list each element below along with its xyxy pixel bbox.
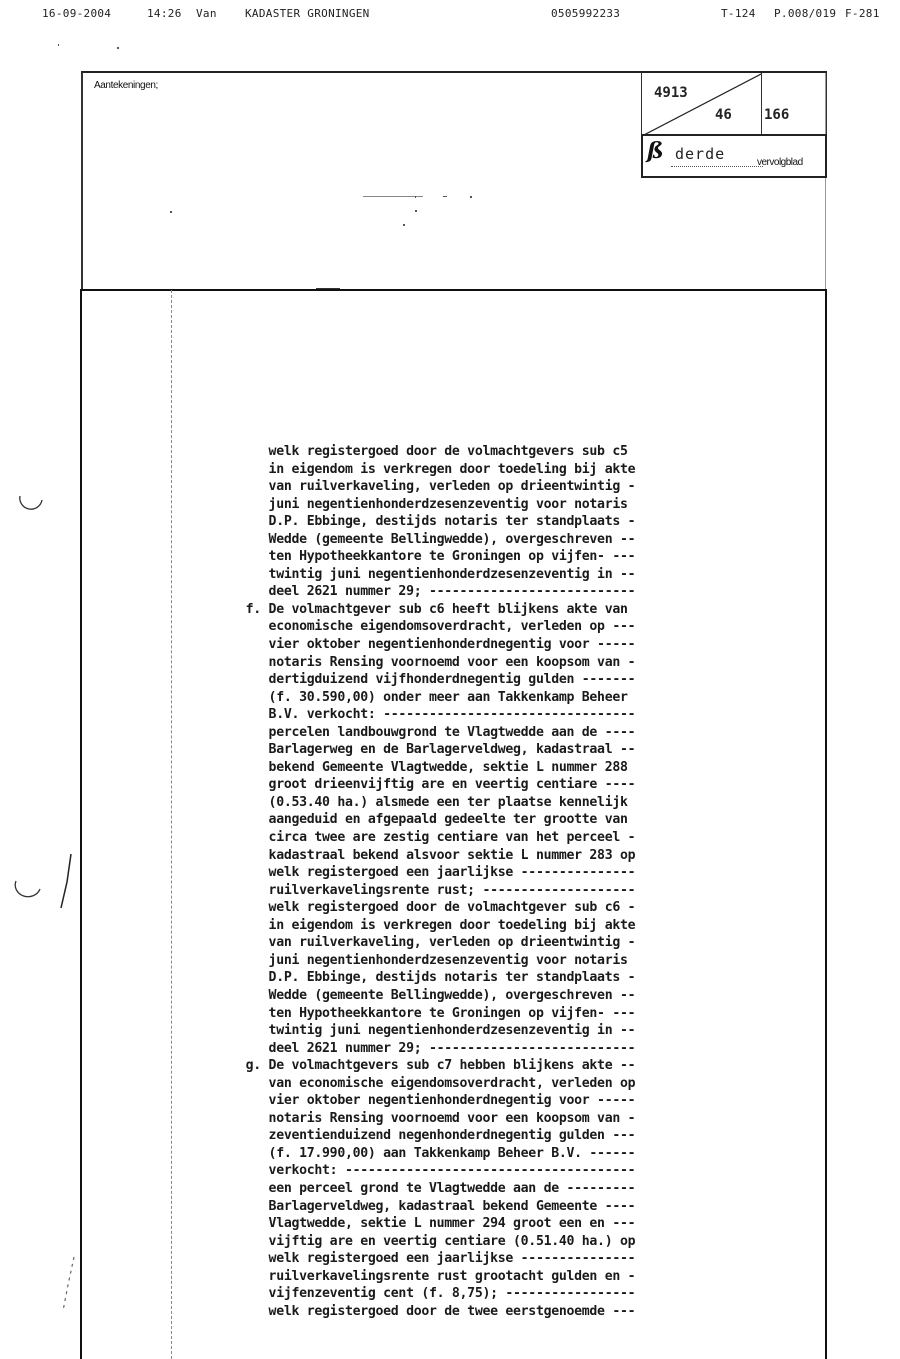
scan-speck	[58, 44, 59, 46]
form-body-top-border	[80, 289, 826, 291]
fax-time: 14:26	[147, 7, 182, 20]
deed-line: zeventienduizend negenhonderdnegentig gu…	[238, 1127, 798, 1145]
deed-line: percelen landbouwgrond te Vlagtwedde aan…	[238, 724, 798, 742]
deed-body-text: welk registergoed door de volmachtgevers…	[238, 443, 798, 1320]
deed-line: twintig juni negentienhonderdzesenzevent…	[238, 1022, 798, 1040]
deed-line: dertigduizend vijfhonderdnegentig gulden…	[238, 671, 798, 689]
deed-line: een perceel grond te Vlagtwedde aan de -…	[238, 1180, 798, 1198]
deed-line: in eigendom is verkregen door toedeling …	[238, 461, 798, 479]
vervolgblad-ordinal: derde	[675, 145, 725, 163]
fax-date: 16-09-2004	[42, 7, 111, 20]
deed-line: Vlagtwedde, sektie L nummer 294 groot ee…	[238, 1215, 798, 1233]
diagonal-divider	[642, 73, 762, 135]
deed-line: g. De volmachtgevers sub c7 hebben blijk…	[238, 1057, 798, 1075]
deed-line: D.P. Ebbinge, destijds notaris ter stand…	[238, 513, 798, 531]
deed-line: vier oktober negentienhonderdnegentig vo…	[238, 636, 798, 654]
deed-line: f. De volmachtgever sub c6 heeft blijken…	[238, 601, 798, 619]
deed-line: juni negentienhonderdzesenzeventig voor …	[238, 952, 798, 970]
deed-line: juni negentienhonderdzesenzeventig voor …	[238, 496, 798, 514]
annotations-label: Aantekeningen;	[94, 80, 158, 91]
deed-line: aangeduid en afgepaald gedeelte ter groo…	[238, 811, 798, 829]
deed-line: vijfenzeventig cent (f. 8,75); ---------…	[238, 1285, 798, 1303]
deed-line: notaris Rensing voornoemd voor een koops…	[238, 654, 798, 672]
handwritten-initials: ß	[647, 138, 664, 164]
deed-line: welk registergoed door de volmachtgevers…	[238, 443, 798, 461]
registration-deel: 4913	[654, 85, 688, 101]
deed-line: ruilverkavelingsrente rust; ------------…	[238, 882, 798, 900]
deed-line: Barlagerweg en de Barlagerveldweg, kadas…	[238, 741, 798, 759]
deed-line: welk registergoed door de twee eerstgeno…	[238, 1303, 798, 1321]
margin-guide-line	[171, 290, 172, 1359]
vervolgblad-label: vervolgblad	[757, 157, 803, 168]
deed-line: economische eigendomsoverdracht, verlede…	[238, 618, 798, 636]
deed-line: circa twee are zestig centiare van het p…	[238, 829, 798, 847]
deed-line: in eigendom is verkregen door toedeling …	[238, 917, 798, 935]
dotted-line	[671, 166, 763, 167]
deed-line: ten Hypotheekkantore te Groningen op vij…	[238, 548, 798, 566]
deed-line: D.P. Ebbinge, destijds notaris ter stand…	[238, 969, 798, 987]
fax-transmission-id: T-124	[721, 7, 756, 20]
deed-line: welk registergoed een jaarlijkse -------…	[238, 1250, 798, 1268]
deed-line: groot drieenvijftig are en veertig centi…	[238, 776, 798, 794]
deed-line: bekend Gemeente Vlagtwedde, sektie L num…	[238, 759, 798, 777]
deed-line: deel 2621 nummer 29; -------------------…	[238, 1040, 798, 1058]
fax-phone-number: 0505992233	[551, 7, 620, 20]
deed-line: deel 2621 nummer 29; -------------------…	[238, 583, 798, 601]
deed-line: Wedde (gemeente Bellingwedde), overgesch…	[238, 987, 798, 1005]
deed-line: Barlagerveldweg, kadastraal bekend Gemee…	[238, 1198, 798, 1216]
punch-hole-mark	[16, 490, 46, 520]
pen-stroke	[58, 852, 76, 912]
deed-line: notaris Rensing voornoemd voor een koops…	[238, 1110, 798, 1128]
scan-speck	[117, 47, 119, 49]
deed-line: welk registergoed door de volmachtgever …	[238, 899, 798, 917]
deed-line: vijftig are en veertig centiare (0.51.40…	[238, 1233, 798, 1251]
deed-line: twintig juni negentienhonderdzesenzevent…	[238, 566, 798, 584]
registration-blad: 166	[764, 107, 789, 123]
deed-line: kadastraal bekend alsvoor sektie L numme…	[238, 847, 798, 865]
registration-box: 4913 46 166 ß derde vervolgblad	[641, 71, 827, 178]
deed-line: (f. 17.990,00) aan Takkenkamp Beheer B.V…	[238, 1145, 798, 1163]
deed-line: (f. 30.590,00) onder meer aan Takkenkamp…	[238, 689, 798, 707]
fax-sender: KADASTER GRONINGEN	[245, 7, 370, 20]
registration-deel-nummer-cell: 4913 46	[641, 71, 762, 135]
deed-line: (0.53.40 ha.) alsmede een ter plaatse ke…	[238, 794, 798, 812]
deed-line: van ruilverkaveling, verleden op drieent…	[238, 934, 798, 952]
deed-line: verkocht: ------------------------------…	[238, 1162, 798, 1180]
pen-stroke	[60, 1255, 76, 1315]
registration-blad-cell: 166	[761, 71, 827, 135]
fax-header: 16-09-2004 14:26 Van KADASTER GRONINGEN …	[0, 7, 900, 23]
vervolgblad-cell: ß derde vervolgblad	[641, 134, 827, 178]
deed-line: B.V. verkocht: -------------------------…	[238, 706, 798, 724]
registration-nummer: 46	[715, 107, 732, 123]
deed-line: Wedde (gemeente Bellingwedde), overgesch…	[238, 531, 798, 549]
deed-line: van ruilverkaveling, verleden op drieent…	[238, 478, 798, 496]
fax-from-label: Van	[196, 7, 217, 20]
fax-id: F-281	[845, 7, 880, 20]
fax-page-count: P.008/019	[774, 7, 836, 20]
deed-line: welk registergoed een jaarlijkse -------…	[238, 864, 798, 882]
deed-line: ten Hypotheekkantore te Groningen op vij…	[238, 1005, 798, 1023]
form-right-border	[825, 289, 827, 1359]
deed-line: ruilverkavelingsrente rust grootacht gul…	[238, 1268, 798, 1286]
form-left-border	[80, 289, 82, 1359]
punch-hole-mark	[12, 875, 46, 905]
deed-line: van economische eigendomsoverdracht, ver…	[238, 1075, 798, 1093]
deed-line: vier oktober negentienhonderdnegentig vo…	[238, 1092, 798, 1110]
